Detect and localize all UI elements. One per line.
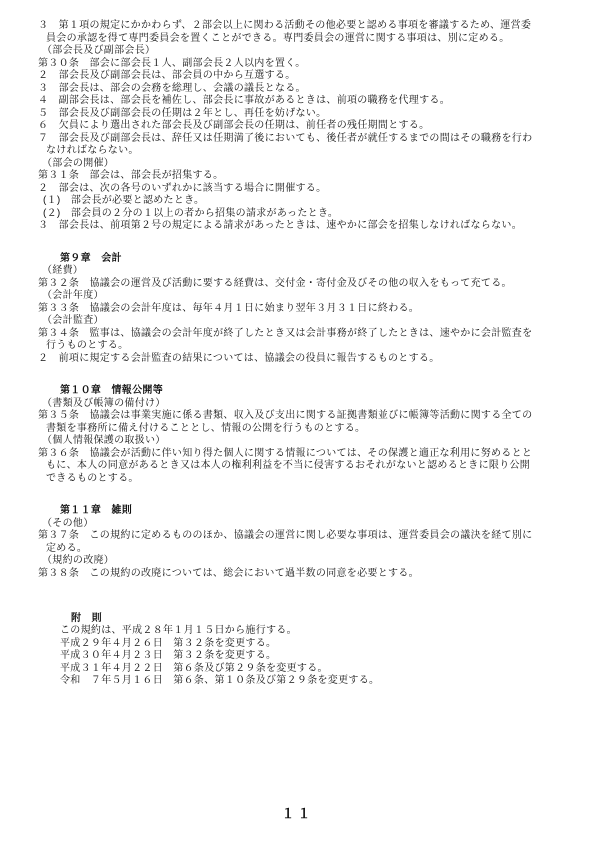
- document-line: （会計監査）: [42, 315, 575, 328]
- document-line: 員会の承認を得て専門委員会を置くことができる。専門委員会の運営に関する事項は、別…: [46, 33, 575, 46]
- document-line: ６ 欠員により選出された部会長及び副部会長の任期は、前任者の残任期間とする。: [38, 120, 575, 133]
- document-line: 第３５条 協議会は事業実施に係る書類、収入及び支出に関する証拠書類並びに帳簿等活…: [38, 410, 575, 423]
- document-line: できるものとする。: [46, 473, 575, 486]
- document-line: 第３６条 協議会が活動に伴い知り得た個人に関する情報については、その保護と適正な…: [38, 448, 575, 461]
- document-line: 平成３０年４月２３日 第３２条を変更する。: [60, 650, 575, 663]
- document-line: この規約は、平成２８年１月１５日から施行する。: [60, 625, 575, 638]
- document-line: (１) 部会長が必要と認めたとき。: [43, 195, 575, 208]
- document-line: もに、本人の同意があるとき又は本人の権利利益を不当に侵害するおそれがないと認める…: [46, 460, 575, 473]
- document-line: 令和 ７年５月１６日 第６条、第１０条及び第２９条を変更する。: [60, 675, 575, 688]
- document-page: ３ 第１項の規定にかかわらず、２部会以上に関わる活動その他必要と認める事項を審議…: [0, 0, 595, 842]
- document-line: 第３０条 部会に部会長１人、副部会長２人以内を置く。: [38, 58, 575, 71]
- document-line: 附 則: [71, 613, 575, 626]
- document-line: 第９章 会計: [60, 253, 575, 266]
- document-line: 行うものとする。: [46, 340, 575, 353]
- document-line: なければならない。: [46, 145, 575, 158]
- document-line: 平成３１年４月２２日 第６条及び第２９条を変更する。: [60, 663, 575, 676]
- page-number: １１: [0, 803, 595, 822]
- document-line: ３ 第１項の規定にかかわらず、２部会以上に関わる活動その他必要と認める事項を審議…: [38, 20, 575, 33]
- document-line: ７ 部会長及び副部会長は、辞任又は任期満了後においても、後任者が就任するまでの間…: [38, 133, 575, 146]
- document-line: 第３７条 この規約に定めるもののほか、協議会の運営に関し必要な事項は、運営委員会…: [38, 530, 575, 543]
- document-line: 第１０章 情報公開等: [60, 385, 575, 398]
- document-line: （経費）: [42, 265, 575, 278]
- document-line: （書類及び帳簿の備付け）: [42, 398, 575, 411]
- document-line: ３ 部会長は、部会の会務を総理し、会議の議長となる。: [38, 83, 575, 96]
- document-line: ３ 部会長は、前項第２号の規定による請求があったときは、速やかに部会を招集しなけ…: [38, 220, 575, 233]
- document-line: 第３４条 監事は、協議会の会計年度が終了したとき又は会計事務が終了したときは、速…: [38, 328, 575, 341]
- document-line: （会計年度）: [42, 290, 575, 303]
- document-line: ２ 部会は、次の各号のいずれかに該当する場合に開催する。: [38, 183, 575, 196]
- document-line: 第３１条 部会は、部会長が招集する。: [38, 170, 575, 183]
- document-line: (２) 部会員の２分の１以上の者から招集の請求があったとき。: [43, 208, 575, 221]
- document-line: 書類を事務所に備え付けることとし、情報の公開を行うものとする。: [46, 423, 575, 436]
- document-line: （その他）: [42, 518, 575, 531]
- document-line: 平成２９年４月２６日 第３２条を変更する。: [60, 638, 575, 651]
- document-line: 第３８条 この規約の改廃については、総会において過半数の同意を必要とする。: [38, 568, 575, 581]
- document-line: 第１１章 雑則: [60, 505, 575, 518]
- document-line: （部会長及び副部会長）: [42, 45, 575, 58]
- document-line: 第３３条 協議会の会計年度は、毎年４月１日に始まり翌年３月３１日に終わる。: [38, 303, 575, 316]
- document-line: （個人情報保護の取扱い）: [42, 435, 575, 448]
- document-body: ３ 第１項の規定にかかわらず、２部会以上に関わる活動その他必要と認める事項を審議…: [38, 20, 575, 688]
- document-line: ４ 副部会長は、部会長を補佐し、部会長に事故があるときは、前項の職務を代理する。: [38, 95, 575, 108]
- document-line: 定める。: [46, 543, 575, 556]
- document-line: ２ 部会長及び副部会長は、部会員の中から互選する。: [38, 70, 575, 83]
- document-line: （部会の開催）: [42, 158, 575, 171]
- document-line: （規約の改廃）: [42, 555, 575, 568]
- document-line: 第３２条 協議会の運営及び活動に要する経費は、交付金・寄付金及びその他の収入をも…: [38, 278, 575, 291]
- document-line: ５ 部会長及び副部会長の任期は２年とし、再任を妨げない。: [38, 108, 575, 121]
- document-line: ２ 前項に規定する会計監査の結果については、協議会の役員に報告するものとする。: [38, 353, 575, 366]
